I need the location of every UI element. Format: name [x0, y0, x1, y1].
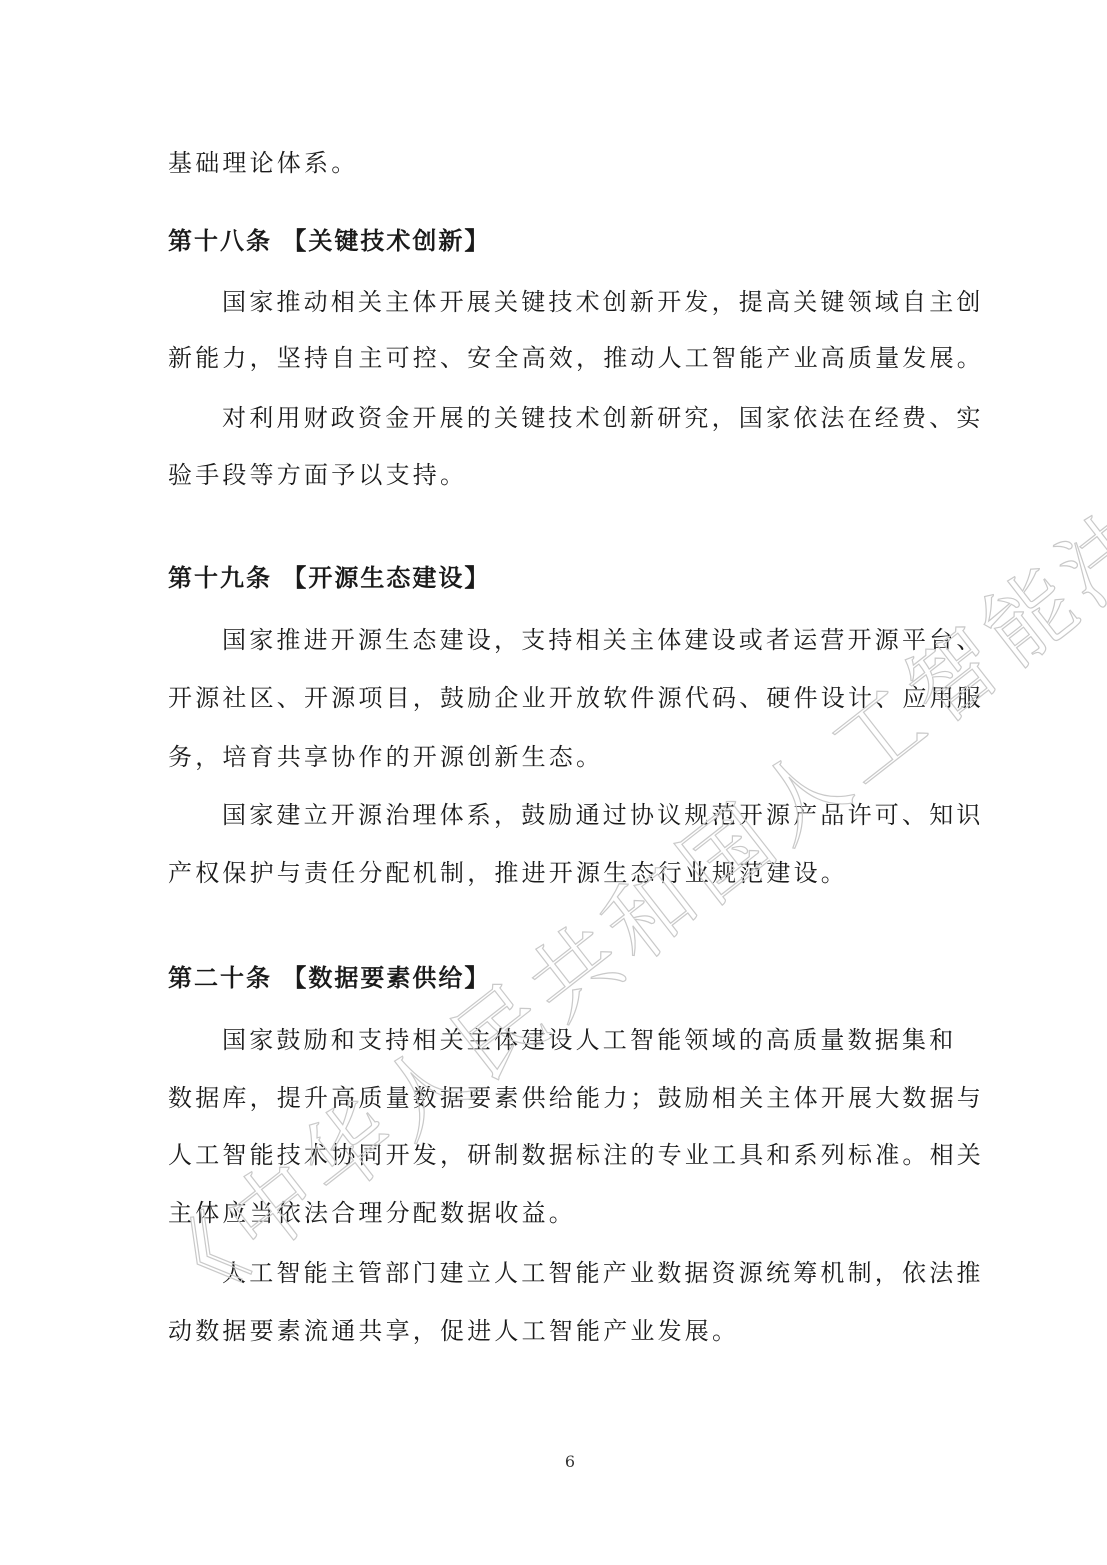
article-18-heading: 第十八条 【关键技术创新】 [168, 226, 490, 256]
paragraph-line: 对利用财政资金开展的关键技术创新研究，国家依法在经费、实 [222, 403, 984, 433]
paragraph-line: 数据库，提升高质量数据要素供给能力；鼓励相关主体开展大数据与 [168, 1083, 984, 1113]
article-19-heading: 第十九条 【开源生态建设】 [168, 563, 490, 593]
paragraph-line: 动数据要素流通共享，促进人工智能产业发展。 [168, 1316, 739, 1346]
paragraph-line: 主体应当依法合理分配数据收益。 [168, 1198, 576, 1228]
paragraph-line: 务，培育共享协作的开源创新生态。 [168, 742, 603, 772]
article-20-heading: 第二十条 【数据要素供给】 [168, 963, 490, 993]
paragraph-line: 开源社区、开源项目，鼓励企业开放软件源代码、硬件设计、应用服 [168, 683, 984, 713]
paragraph-line: 国家推进开源生态建设，支持相关主体建设或者运营开源平台、 [222, 625, 984, 655]
paragraph-line: 产权保护与责任分配机制，推进开源生态行业规范建设。 [168, 858, 848, 888]
paragraph-line: 人工智能技术协同开发，研制数据标注的专业工具和系列标准。相关 [168, 1140, 984, 1170]
paragraph-line: 国家鼓励和支持相关主体建设人工智能领域的高质量数据集和 [222, 1025, 956, 1055]
paragraph-line: 新能力，坚持自主可控、安全高效，推动人工智能产业高质量发展。 [168, 343, 984, 373]
paragraph-line: 人工智能主管部门建立人工智能产业数据资源统筹机制，依法推 [222, 1258, 984, 1288]
paragraph-line: 国家建立开源治理体系，鼓励通过协议规范开源产品许可、知识 [222, 800, 984, 830]
paragraph-line: 验手段等方面予以支持。 [168, 460, 467, 490]
body-line: 基础理论体系。 [168, 148, 358, 178]
paragraph-line: 国家推动相关主体开展关键技术创新开发，提高关键领域自主创 [222, 287, 984, 317]
document-page: 基础理论体系。 第十八条 【关键技术创新】 国家推动相关主体开展关键技术创新开发… [0, 0, 1107, 1565]
page-number: 6 [0, 1452, 1107, 1471]
